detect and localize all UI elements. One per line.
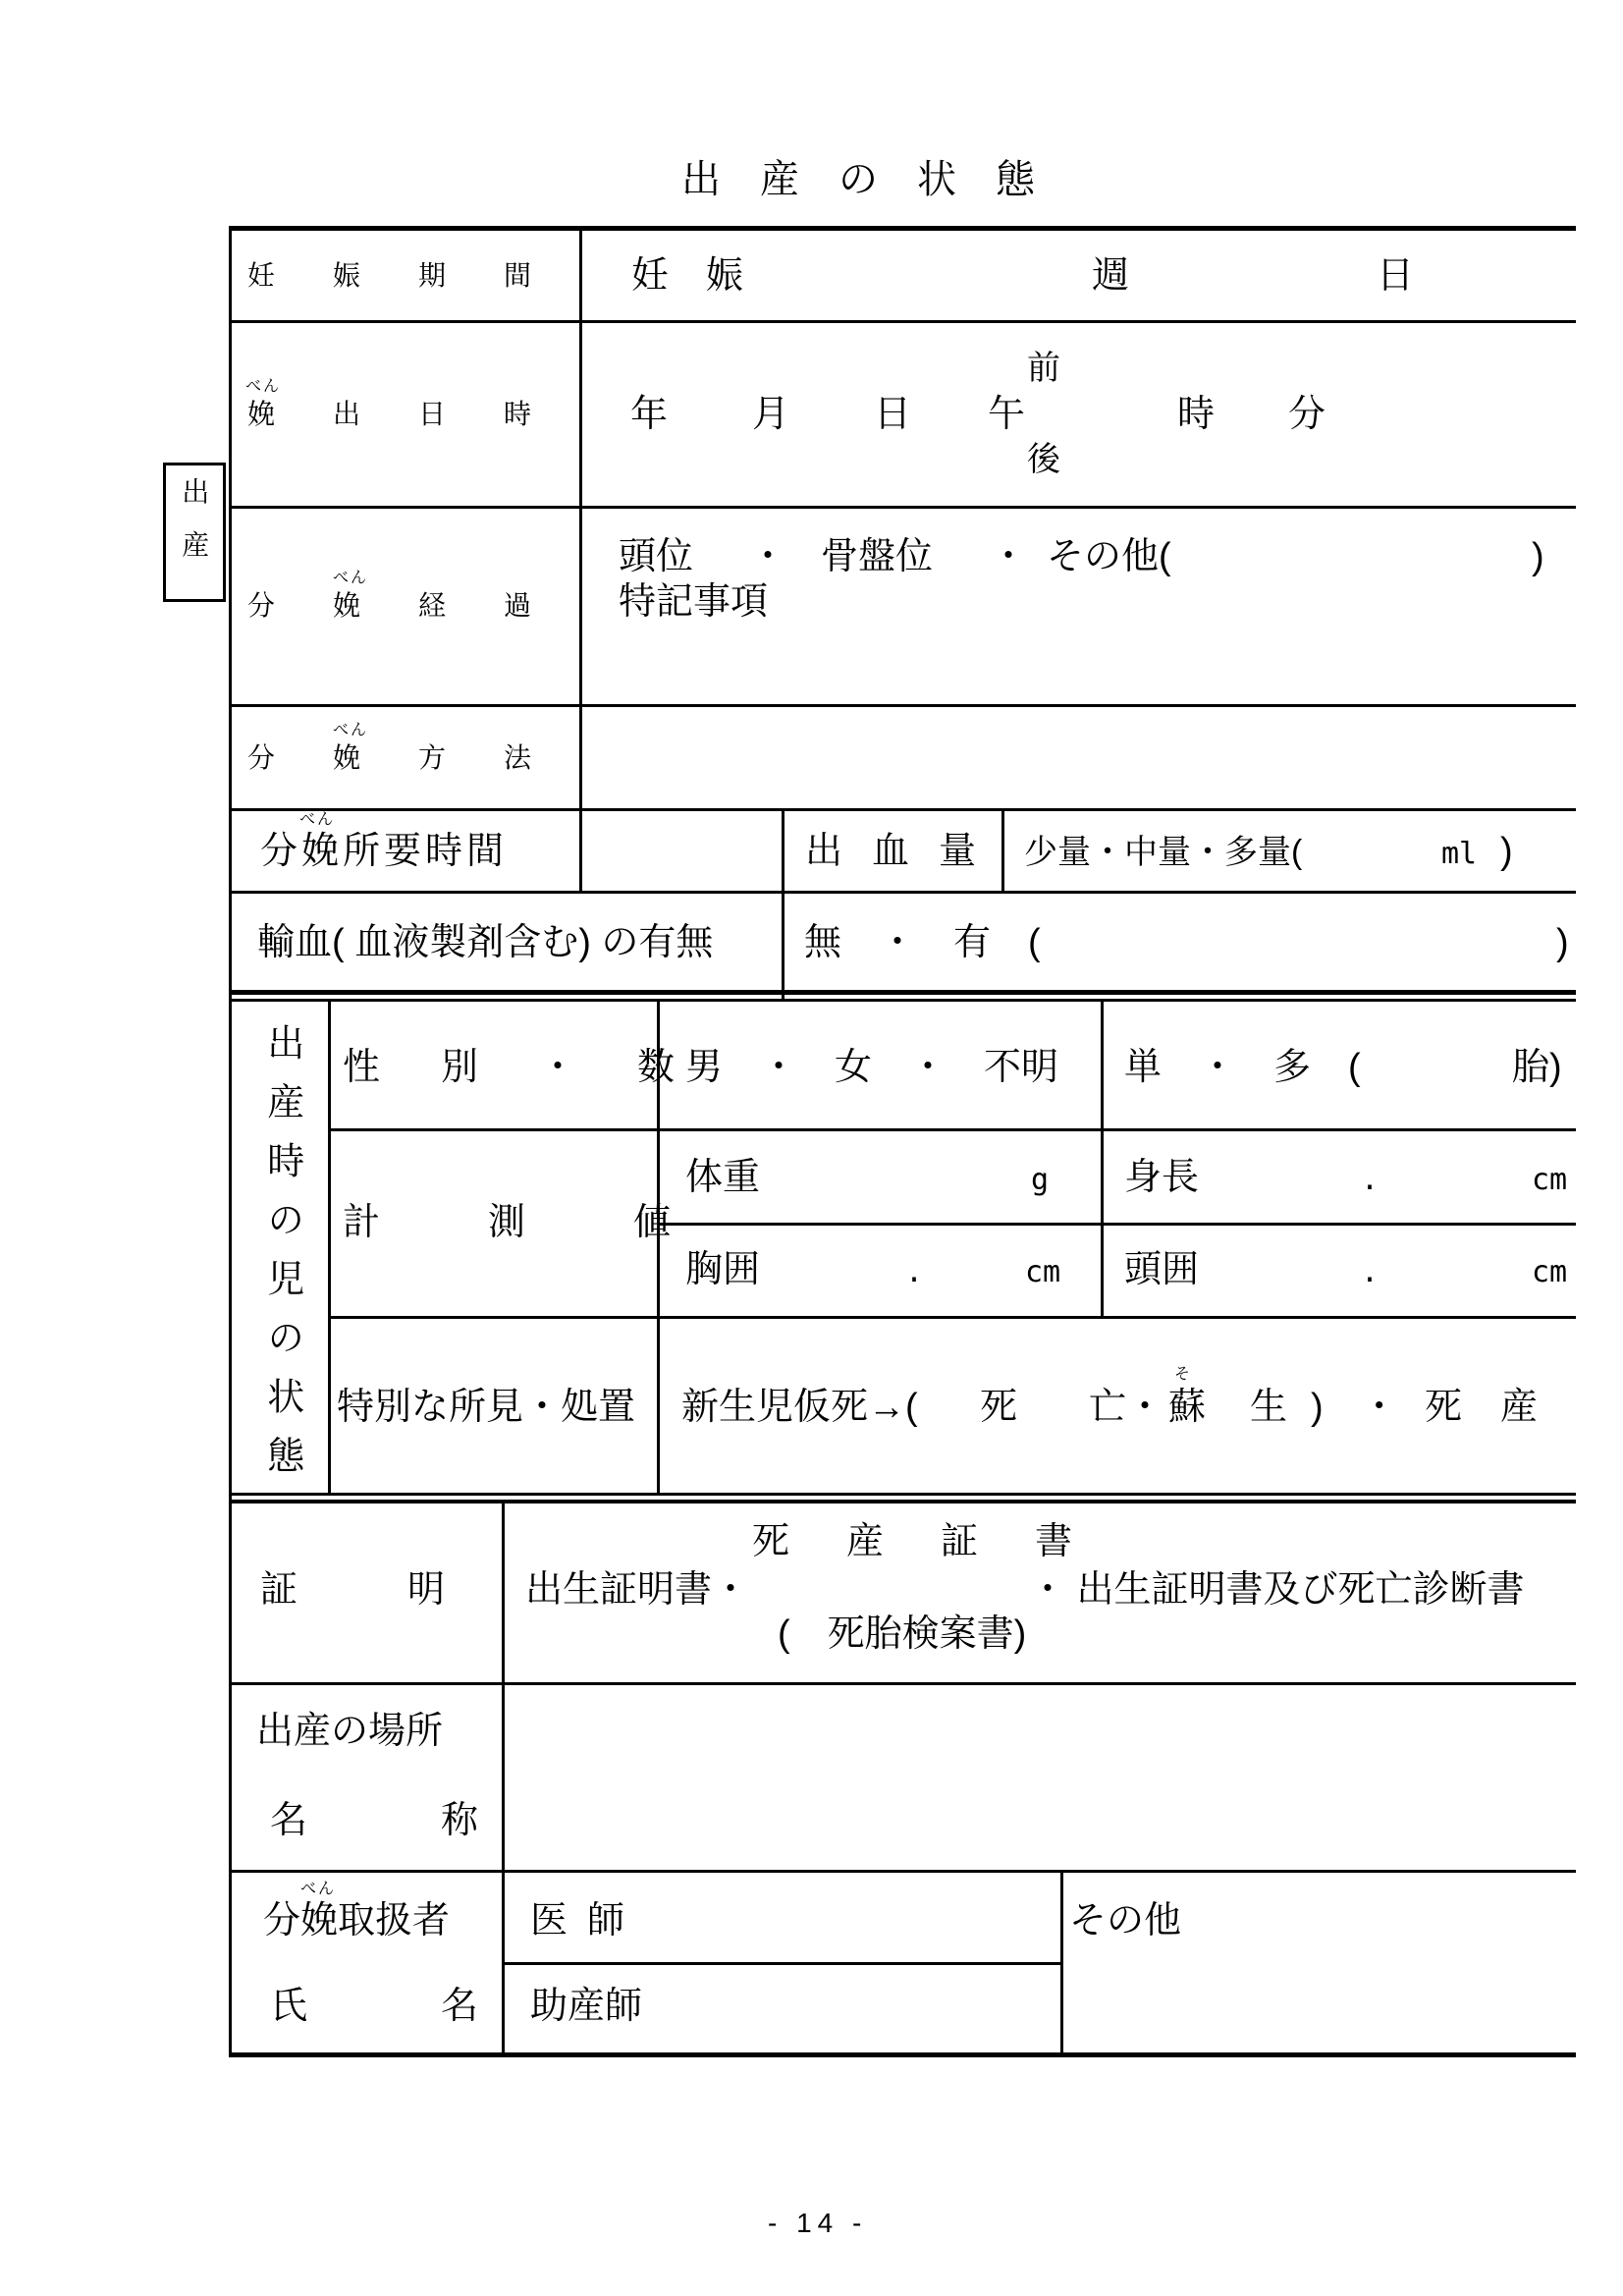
blood-loss-close-paren: ) [1500,831,1513,874]
blood-loss-unit: ml [1441,838,1477,872]
minute-label: 分 [1288,394,1325,437]
attendant-label: 分娩取扱者 [263,1900,450,1943]
table-rule [229,808,1576,811]
findings-stillbirth-san: 産 [1500,1387,1538,1430]
year-label: 年 [630,394,668,437]
certificate-birth-death-option: ・ 出生証明書及び死亡診断書 [1029,1569,1525,1613]
table-rule [229,891,1576,894]
page-title: 出 産 の 状 態 [681,157,1035,202]
findings-bou-dot: 亡・ [1089,1387,1163,1430]
transfusion-label: 輸血( 血液製剤含む) の有無 [257,922,713,965]
findings-furigana: そ [1174,1367,1192,1383]
table-rule [229,1682,1576,1685]
blood-loss-label: 出血量 [805,831,1005,874]
table-rule [1060,1870,1063,2055]
other-attendant-label: その他 [1069,1900,1181,1943]
pm-label: 後 [1027,441,1060,479]
course-other-option: その他( [1047,536,1171,579]
table-rule [229,226,232,2057]
table-rule [1001,808,1004,894]
doctor-label: 医師 [530,1900,644,1943]
child-state-side-label: 出産時の児の状態 [259,1023,302,1495]
blood-loss-options: 少量・中量・多量( [1024,834,1302,872]
pregnancy-prefix: 妊 娠 [631,255,743,299]
sex-number-label: 性別・数 [343,1047,735,1090]
table-rule [657,999,660,1496]
table-rule [229,320,1576,323]
table-rule [229,1500,1576,1503]
chest-unit: cm [1025,1256,1060,1290]
table-rule [657,1223,1576,1226]
course-label: 分娩経過 [247,590,589,622]
table-rule [229,1493,1576,1496]
table-rule [328,999,331,1496]
multiplicity-unit: 胎) [1512,1047,1562,1090]
table-rule [229,704,1576,707]
month-label: 月 [752,394,789,437]
midwife-label: 助産師 [530,1986,642,2029]
table-rule [579,226,582,894]
duration-furigana: べん [299,812,335,828]
table-rule [229,506,1576,509]
table-rule [502,1500,505,2056]
findings-prefix: 新生児仮死→( [681,1387,918,1430]
height-decimal-dot: . [1361,1164,1379,1198]
findings-death: 死 [980,1387,1017,1430]
sex-options: 男 ・ 女 ・ 不明 [685,1047,1058,1090]
table-rule [229,1870,1576,1873]
certificate-label: 証明 [260,1569,555,1613]
findings-resuscitation-sei: 生 [1250,1387,1287,1430]
birth-section-label: 出産 [178,477,209,583]
height-unit: cm [1532,1164,1567,1198]
page-number: - 14 - [768,2208,867,2239]
multiplicity-options: 単 ・ 多 ( [1124,1047,1361,1090]
am-label: 前 [1027,350,1060,388]
findings-stillbirth-shi: 死 [1425,1387,1462,1430]
course-furigana: べん [333,571,368,586]
findings-label: 特別な所見・処置 [337,1387,635,1430]
head-label: 頭囲 [1124,1249,1199,1292]
table-rule [229,2052,1576,2057]
delivery-datetime-furigana: べん [245,379,281,395]
noon-label: 午 [988,394,1025,437]
certificate-stillbirth-option: 死産証書 [752,1521,1129,1564]
method-label: 分娩方法 [247,742,589,774]
hour-label: 時 [1177,394,1215,437]
course-dot2: ・ [990,536,1027,579]
method-furigana: べん [333,723,368,738]
pregnancy-week-label: 週 [1092,255,1129,299]
chest-decimal-dot: . [905,1256,923,1290]
findings-resuscitation-so: 蘇 [1168,1387,1206,1430]
pregnancy-day-label: 日 [1377,255,1414,299]
certificate-birth-option: 出生証明書・ [525,1569,749,1613]
table-rule [1101,999,1104,1319]
table-rule [229,999,1576,1002]
delivery-datetime-label: 娩出日時 [247,399,589,430]
duration-label: 分娩所要時間 [260,831,508,874]
attendant-furigana: べん [300,1882,336,1897]
table-rule [782,808,784,1002]
birth-place-name-label: 名称 [270,1800,612,1843]
weight-label: 体重 [685,1157,760,1200]
weight-unit: g [1031,1164,1049,1198]
height-label: 身長 [1124,1157,1199,1200]
pregnancy-period-label: 妊娠期間 [247,260,589,292]
table-rule [328,1128,1576,1131]
table-rule [229,226,1576,231]
certificate-fetal-exam-note: ( 死胎検案書) [778,1613,1026,1657]
head-decimal-dot: . [1361,1256,1379,1290]
findings-close-dot: ) ・ [1311,1387,1398,1430]
transfusion-options: 無 ・ 有 ( [804,922,1041,965]
table-rule [502,1962,1060,1965]
course-head-option: 頭位 [619,536,693,579]
table-rule [328,1316,1576,1319]
chest-label: 胸囲 [685,1249,760,1292]
course-pelvic-option: 骨盤位 [821,536,933,579]
table-rule [229,990,1576,995]
course-notes-label: 特記事項 [619,581,768,625]
course-close-paren: ) [1532,536,1544,579]
course-dot1: ・ [749,536,786,579]
birth-place-label: 出産の場所 [256,1711,443,1754]
date-label: 日 [874,394,911,437]
document-page: 出 産 の 状 態 出産 妊娠期間 妊 娠 週 日 べん 娩出日時 年 月 日 … [0,0,1623,2296]
transfusion-close-paren: ) [1556,922,1569,965]
head-unit: cm [1532,1256,1567,1290]
